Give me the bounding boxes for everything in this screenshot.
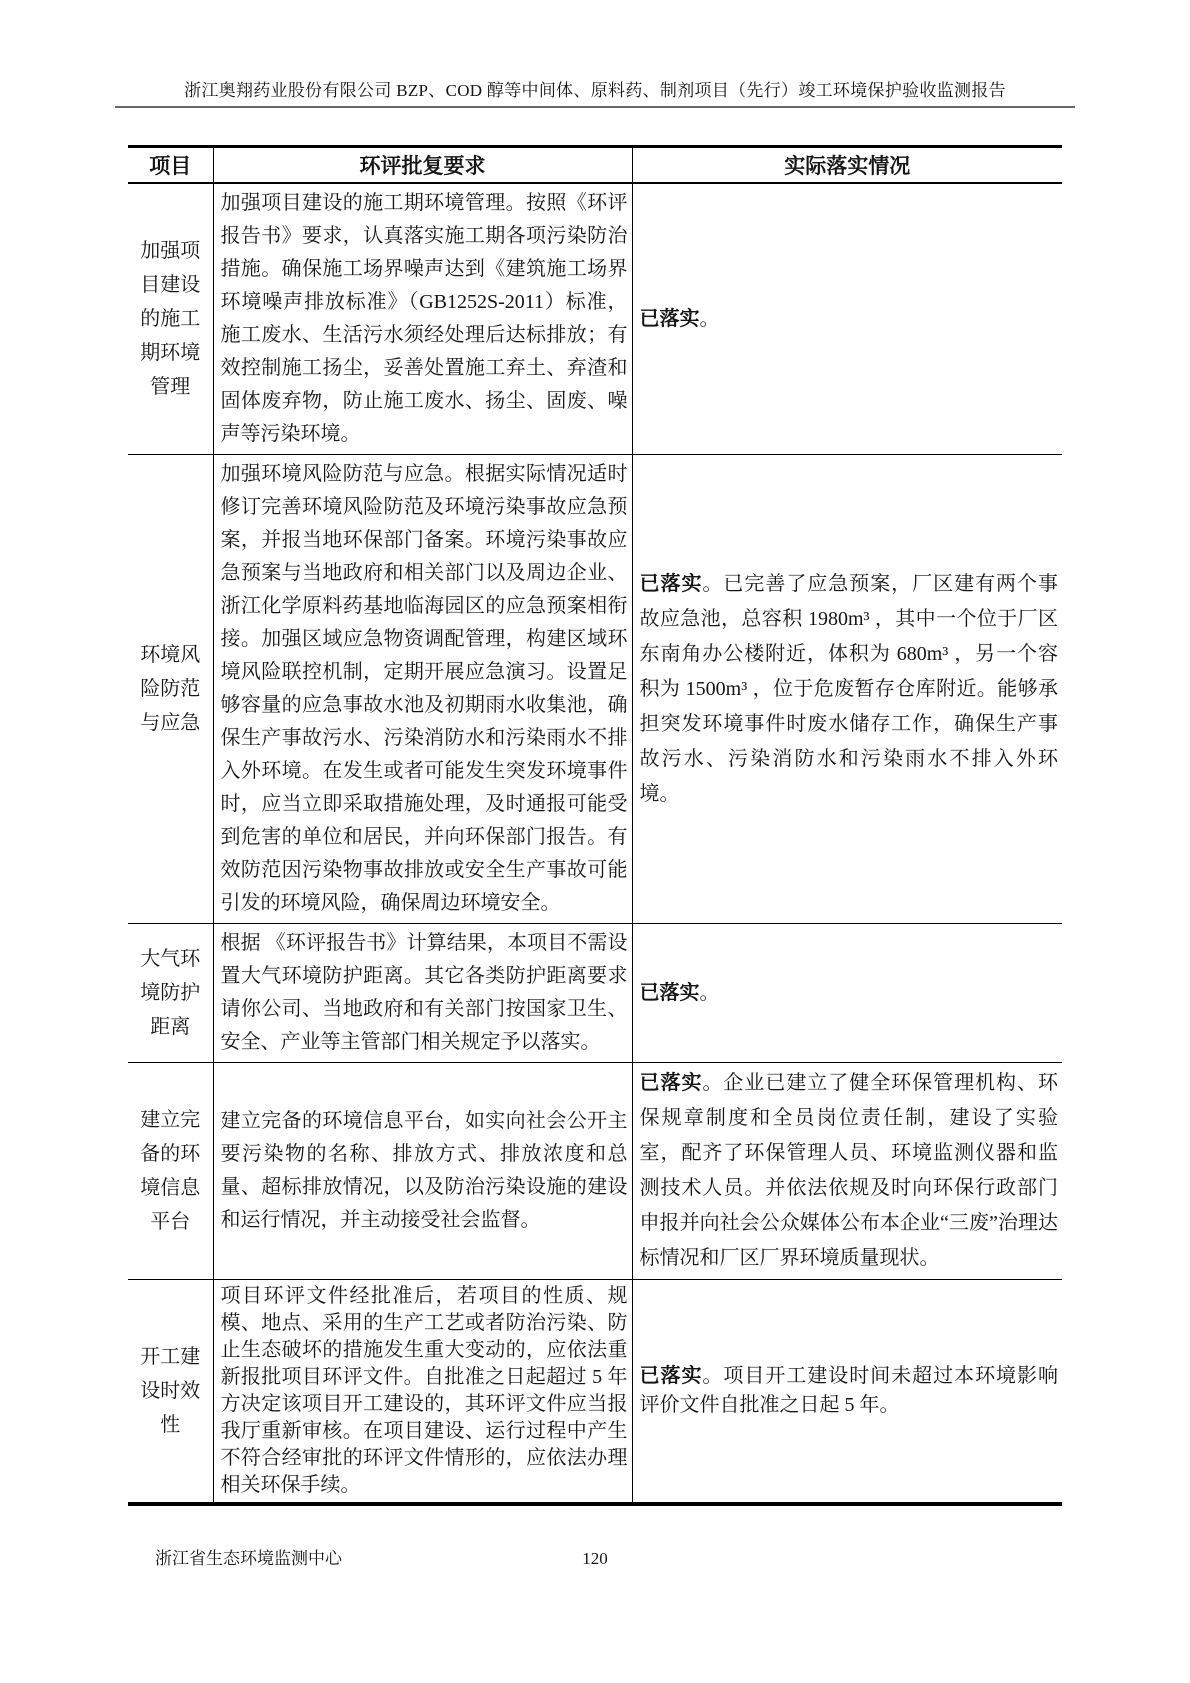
status-detail: 。已完善了应急预案，厂区建有两个事故应急池，总容积 1980m³ ，其中一个位于… <box>640 573 1059 805</box>
status-lead: 已落实 <box>640 1365 703 1387</box>
status-cell: 已落实。企业已建立了健全环保管理机构、环保规章制度和全员岗位责任制，建设了实验室… <box>632 1063 1062 1280</box>
item-cell: 建立完备的环境信息平台 <box>128 1063 213 1280</box>
approval-implementation-table: 项目 环评批复要求 实际落实情况 加强项目建设的施工期环境管理 加强项目建设的施… <box>128 145 1062 1506</box>
requirement-text: 加强环境风险防范与应急。根据实际情况适时修订完善环境风险防范及环境污染事故应急预… <box>221 458 628 920</box>
status-lead: 已落实 <box>640 573 703 595</box>
status-detail: 。项目开工建设时间未超过本环境影响评价文件自批准之日起 5 年。 <box>640 1365 1059 1416</box>
row-environment-info-platform: 建立完备的环境信息平台 建立完备的环境信息平台，如实向社会公开主要污染物的名称、… <box>128 1063 1062 1280</box>
status-lead: 已落实 <box>640 308 700 330</box>
status-text: 已落实。项目开工建设时间未超过本环境影响评价文件自批准之日起 5 年。 <box>640 1362 1059 1420</box>
document-page: 浙江奥翔药业股份有限公司 BZP、COD 醇等中间体、原料药、制剂项目（先行）竣… <box>0 0 1190 1683</box>
status-lead: 已落实 <box>640 982 700 1004</box>
status-cell: 已落实。项目开工建设时间未超过本环境影响评价文件自批准之日起 5 年。 <box>632 1280 1062 1505</box>
row-air-protection-distance: 大气环境防护距离 根据 《环评报告书》计算结果，本项目不需设置大气环境防护距离。… <box>128 924 1062 1063</box>
status-detail: 。企业已建立了健全环保管理机构、环保规章制度和全员岗位责任制，建设了实验室，配齐… <box>640 1072 1059 1269</box>
requirement-cell: 项目环评文件经批准后，若项目的性质、规模、地点、采用的生产工艺或者防治污染、防止… <box>213 1280 632 1505</box>
status-text: 已落实。 <box>640 302 1059 337</box>
col-header-implementation: 实际落实情况 <box>632 147 1062 184</box>
requirement-text: 根据 《环评报告书》计算结果，本项目不需设置大气环境防护距离。其它各类防护距离要… <box>221 927 628 1059</box>
requirement-cell: 加强环境风险防范与应急。根据实际情况适时修订完善环境风险防范及环境污染事故应急预… <box>213 455 632 924</box>
status-text: 已落实。已完善了应急预案，厂区建有两个事故应急池，总容积 1980m³ ，其中一… <box>640 567 1059 812</box>
item-cell: 环境风险防范与应急 <box>128 455 213 924</box>
item-cell: 大气环境防护距离 <box>128 924 213 1063</box>
report-header: 浙江奥翔药业股份有限公司 BZP、COD 醇等中间体、原料药、制剂项目（先行）竣… <box>115 0 1075 108</box>
col-header-item: 项目 <box>128 147 213 184</box>
status-text: 已落实。 <box>640 976 1059 1011</box>
item-cell: 加强项目建设的施工期环境管理 <box>128 183 213 455</box>
header-divider <box>115 106 1075 108</box>
requirement-text: 项目环评文件经批准后，若项目的性质、规模、地点、采用的生产工艺或者防治污染、防止… <box>221 1283 628 1499</box>
status-detail: 。 <box>700 308 720 330</box>
col-header-requirement: 环评批复要求 <box>213 147 632 184</box>
status-cell: 已落实。已完善了应急预案，厂区建有两个事故应急池，总容积 1980m³ ，其中一… <box>632 455 1062 924</box>
row-construction-period-management: 加强项目建设的施工期环境管理 加强项目建设的施工期环境管理。按照《环评报告书》要… <box>128 183 1062 455</box>
requirement-text: 建立完备的环境信息平台，如实向社会公开主要污染物的名称、排放方式、排放浓度和总量… <box>221 1105 628 1237</box>
requirement-text: 加强项目建设的施工期环境管理。按照《环评报告书》要求，认真落实施工期各项污染防治… <box>221 187 628 451</box>
table-header-row: 项目 环评批复要求 实际落实情况 <box>128 147 1062 184</box>
status-cell: 已落实。 <box>632 924 1062 1063</box>
status-lead: 已落实 <box>640 1072 703 1094</box>
status-detail: 。 <box>700 982 720 1004</box>
report-header-title: 浙江奥翔药业股份有限公司 BZP、COD 醇等中间体、原料药、制剂项目（先行）竣… <box>115 80 1075 102</box>
requirement-cell: 加强项目建设的施工期环境管理。按照《环评报告书》要求，认真落实施工期各项污染防治… <box>213 183 632 455</box>
item-cell: 开工建设时效性 <box>128 1280 213 1505</box>
requirement-cell: 根据 《环评报告书》计算结果，本项目不需设置大气环境防护距离。其它各类防护距离要… <box>213 924 632 1063</box>
status-text: 已落实。企业已建立了健全环保管理机构、环保规章制度和全员岗位责任制，建设了实验室… <box>640 1066 1059 1276</box>
footer-organization: 浙江省生态环境监测中心 <box>155 1548 342 1570</box>
row-risk-prevention-emergency: 环境风险防范与应急 加强环境风险防范与应急。根据实际情况适时修订完善环境风险防范… <box>128 455 1062 924</box>
row-construction-start-validity: 开工建设时效性 项目环评文件经批准后，若项目的性质、规模、地点、采用的生产工艺或… <box>128 1280 1062 1505</box>
requirement-cell: 建立完备的环境信息平台，如实向社会公开主要污染物的名称、排放方式、排放浓度和总量… <box>213 1063 632 1280</box>
status-cell: 已落实。 <box>632 183 1062 455</box>
page-footer: 浙江省生态环境监测中心 120 <box>0 1548 1190 1570</box>
